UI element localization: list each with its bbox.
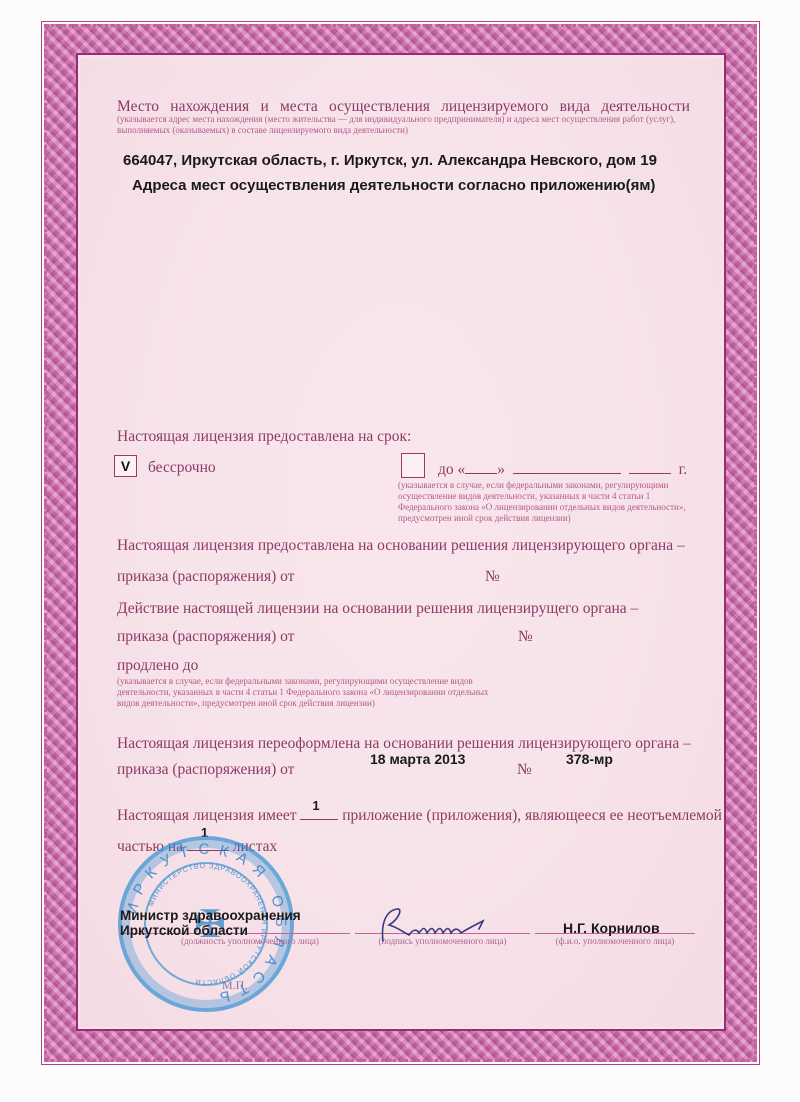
position-line1: Министр здравоохранения [120, 908, 301, 923]
unlimited-label: бессрочно [148, 459, 216, 477]
reissue-line2: приказа (распоряжения) от [117, 761, 294, 779]
until-date-field: до «» г. [438, 460, 687, 479]
check-mark-icon: V [121, 458, 130, 474]
address-line: 664047, Иркутская область, г. Иркутск, у… [123, 152, 657, 169]
extension-note: (указывается в случае, если федеральными… [117, 676, 497, 709]
extension-number-sign: № [518, 628, 533, 646]
reissue-number: 378-мр [566, 751, 613, 767]
attachments-line1: Настоящая лицензия имеет 1 приложение (п… [117, 806, 722, 825]
basis-number-sign: № [485, 568, 500, 586]
reissue-number-sign: № [517, 761, 532, 779]
until-year-blank [629, 460, 671, 474]
attachments-count: 1 [312, 798, 319, 813]
extension-line2: приказа (распоряжения) от [117, 628, 294, 646]
reissue-date: 18 марта 2013 [370, 751, 465, 767]
seal-mark: М.П. [222, 978, 247, 993]
signatory-name: Н.Г. Корнилов [563, 920, 660, 936]
extended-until-label: продлено до [117, 657, 198, 675]
basis-line2: приказа (распоряжения) от [117, 568, 294, 586]
until-suffix: г. [679, 461, 687, 478]
name-caption: (ф.и.о. уполномоченного лица) [540, 936, 690, 946]
handwritten-signature-icon [375, 905, 525, 945]
until-date-checkbox[interactable] [401, 453, 425, 478]
address-note: Адреса мест осуществления деятельности с… [132, 177, 655, 194]
until-day-blank [465, 460, 497, 474]
until-month-blank [513, 460, 621, 474]
unlimited-checkbox[interactable]: V [114, 455, 137, 477]
extension-line1: Действие настоящей лицензии на основании… [117, 600, 638, 618]
attachments-prefix: Настоящая лицензия имеет [117, 807, 296, 824]
until-note: (указывается в случае, если федеральными… [398, 480, 690, 524]
signatory-position: Министр здравоохранения Иркутской област… [120, 908, 301, 938]
attachments-count-field: 1 [300, 806, 338, 820]
term-label: Настоящая лицензия предоставлена на срок… [117, 428, 411, 446]
until-prefix: до « [438, 461, 465, 478]
until-quote-close: » [497, 461, 505, 478]
location-header-note: (указывается адрес места нахождения (мес… [117, 114, 690, 136]
attachments-suffix: приложение (приложения), являющееся ее н… [342, 807, 722, 824]
position-line2: Иркутской области [120, 923, 301, 938]
basis-line1: Настоящая лицензия предоставлена на осно… [117, 537, 685, 555]
